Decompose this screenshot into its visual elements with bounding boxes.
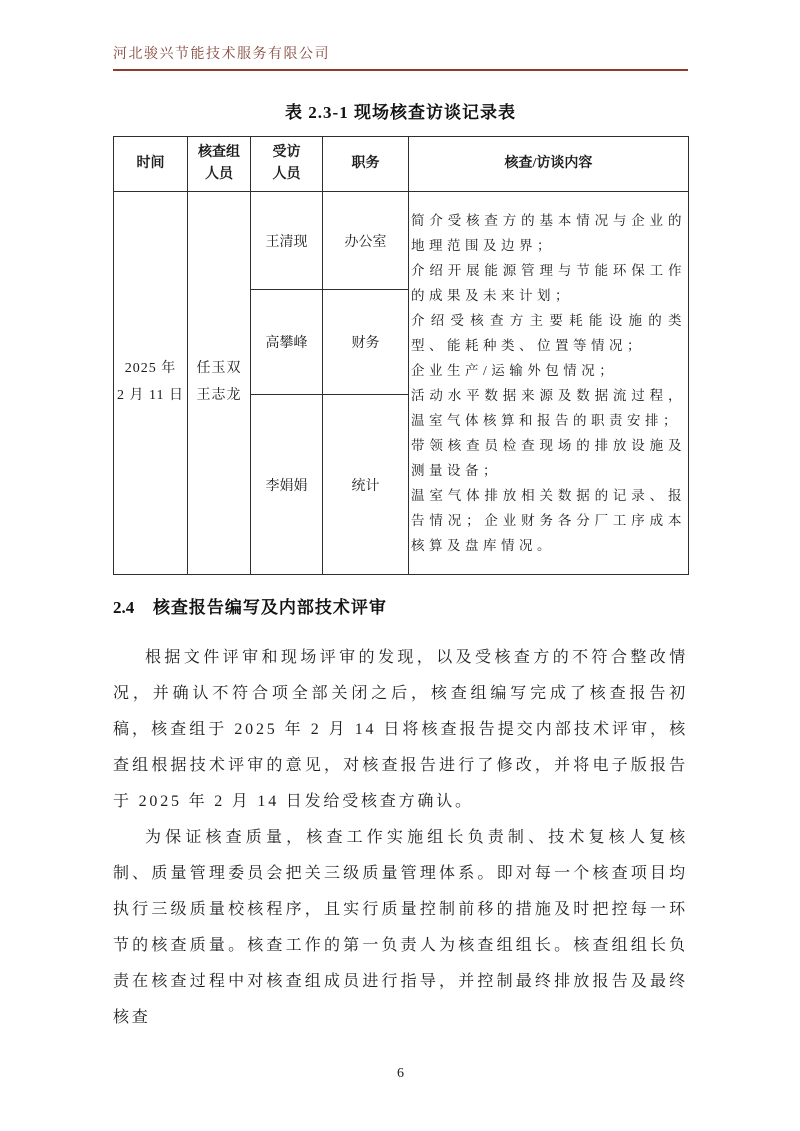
paragraph: 根据文件评审和现场评审的发现，以及受核查方的不符合整改情况，并确认不符合项全部关… xyxy=(113,640,688,820)
column-header-content: 核查/访谈内容 xyxy=(409,137,689,192)
table-row: 2025 年 2 月 11 日 任玉双 王志龙 王清现 办公室 简介受核查方的基… xyxy=(114,192,689,290)
column-header-team: 核查组 人员 xyxy=(188,137,251,192)
body-text: 根据文件评审和现场评审的发现，以及受核查方的不符合整改情况，并确认不符合项全部关… xyxy=(113,640,688,1036)
section-number: 2.4 xyxy=(113,598,134,617)
interview-content-item: 简介受核查方的基本情况与企业的地理范围及边界； xyxy=(411,208,686,258)
table-title: 表 2.3-1 现场核查访谈记录表 xyxy=(113,98,688,123)
header-rule xyxy=(113,69,688,71)
interview-content-item: 活动水平数据来源及数据流过程，温室气体核算和报告的职责安排； xyxy=(411,383,686,433)
interview-content-item: 温室气体排放相关数据的记录、报告情况；企业财务各分厂工序成本核算及盘库情况。 xyxy=(411,483,686,558)
interview-content-item: 企业生产/运输外包情况； xyxy=(411,358,686,383)
cell-interviewee: 王清现 xyxy=(251,192,323,290)
cell-position: 办公室 xyxy=(323,192,409,290)
interview-content-item: 介绍开展能源管理与节能环保工作的成果及未来计划； xyxy=(411,258,686,308)
cell-position: 财务 xyxy=(323,290,409,395)
cell-time: 2025 年 2 月 11 日 xyxy=(114,192,188,575)
column-header-position: 职务 xyxy=(323,137,409,192)
paragraph: 为保证核查质量，核查工作实施组长负责制、技术复核人复核制、质量管理委员会把关三级… xyxy=(113,820,688,1036)
running-header: 河北骏兴节能技术服务有限公司 xyxy=(113,46,688,71)
interview-content-item: 带领核查员检查现场的排放设施及测量设备； xyxy=(411,433,686,483)
cell-interview-content: 简介受核查方的基本情况与企业的地理范围及边界； 介绍开展能源管理与节能环保工作的… xyxy=(409,192,689,575)
section-heading: 2.4核查报告编写及内部技术评审 xyxy=(113,593,688,618)
page-number: 6 xyxy=(113,1066,688,1082)
page-content: 河北骏兴节能技术服务有限公司 表 2.3-1 现场核查访谈记录表 时间 核查组 … xyxy=(113,0,688,1082)
header-company-name: 河北骏兴节能技术服务有限公司 xyxy=(113,46,688,64)
cell-position: 统计 xyxy=(323,395,409,575)
cell-interviewee: 李娟娟 xyxy=(251,395,323,575)
document-page: 河北骏兴节能技术服务有限公司 表 2.3-1 现场核查访谈记录表 时间 核查组 … xyxy=(0,0,800,1131)
section-title: 核查报告编写及内部技术评审 xyxy=(153,598,387,617)
column-header-time: 时间 xyxy=(114,137,188,192)
cell-team: 任玉双 王志龙 xyxy=(188,192,251,575)
cell-interviewee: 高攀峰 xyxy=(251,290,323,395)
column-header-interviewee: 受访 人员 xyxy=(251,137,323,192)
interview-record-table: 时间 核查组 人员 受访 人员 职务 核查/访谈内容 2025 年 2 月 11… xyxy=(113,136,689,575)
table-header-row: 时间 核查组 人员 受访 人员 职务 核查/访谈内容 xyxy=(114,137,689,192)
interview-content-item: 介绍受核查方主要耗能设施的类型、能耗种类、位置等情况； xyxy=(411,308,686,358)
